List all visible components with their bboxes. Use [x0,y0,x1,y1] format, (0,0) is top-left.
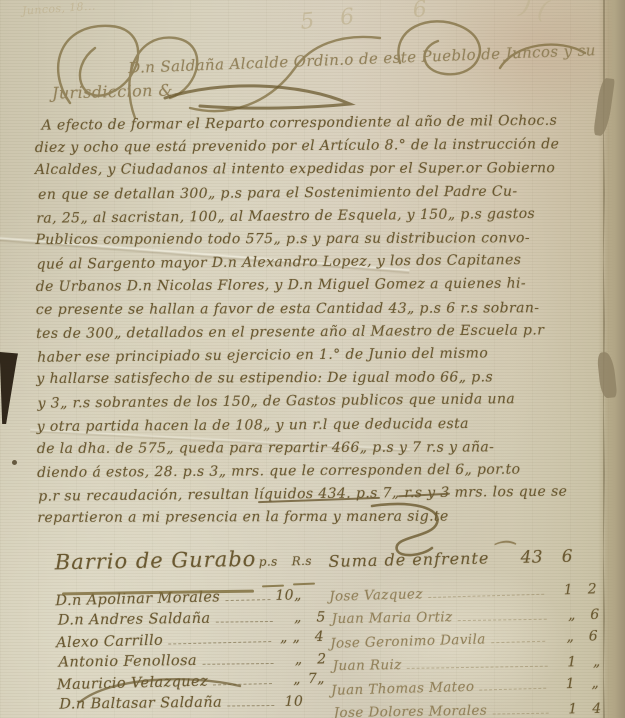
pesos-amount: „ [277,669,302,691]
dotted-leader [213,683,272,685]
payer-name: Juan Ruiz [332,653,401,678]
column-headers: p.s R.s [259,554,312,569]
reales-amount: „ [576,650,600,674]
suma-de-enfrente-table: Suma de enfrente ⁀ 43 6 Jose Vazquez12 J… [328,539,600,718]
dotted-leader [215,621,272,623]
pesos-amount: 1 [551,673,576,697]
dotted-leader [407,665,548,668]
payer-name: Jose Dolores Morales [333,699,487,718]
table-row: Jose Dolores Morales14 [333,697,601,718]
pesos-amount: „ [278,650,302,671]
body-line: Alcaldes, y Ciudadanos al intento expedi… [35,157,597,182]
reales-amount: 2 [302,649,326,670]
pesos-amount: „ [550,626,575,650]
body-paragraph: A efecto de formar el Reparto correspond… [35,110,600,532]
dotted-leader [428,594,544,598]
reales-amount: „ [575,672,600,696]
barrio-rows: D.n Apolinar Morales10„ D.n Andres Salda… [55,586,325,717]
payer-name: Antonio Fenollosa [58,651,197,674]
ink-dot [12,460,17,465]
payer-name: D.n Andres Saldaña [58,609,211,632]
pesos-column-header: p.s [259,554,278,568]
dotted-leader [202,663,274,665]
reales-amount: 4 [300,627,325,649]
payer-name: Jose Vazquez [329,583,423,609]
suma-rows: Jose Vazquez12 Juan Maria Ortiz„6 Jose G… [329,579,600,718]
body-line: de la dha. de 575„ queda para repartir 4… [37,436,599,461]
reales-amount: 5 [302,607,326,628]
barrio-de-gurabo-table: Barrio de Gurabo p.s R.s D.n Apolinar Mo… [55,546,326,717]
reales-amount: 7„ [301,669,326,691]
reales-amount: 6 [575,603,599,627]
reales-amount: 4 [577,697,601,718]
jurisdiction-subheading: Jurisdiccion &. [52,80,179,102]
pesos-amount: 1 [552,651,576,675]
sum-label: Suma de enfrente [328,548,489,570]
reales-amount: 6 [574,625,599,649]
reales-column-header: R.s [292,554,312,568]
pesos-amount: „ „ [276,627,301,649]
payer-name: Juan Thomas Mateo [331,676,475,703]
payer-name: Juan Maria Ortiz [332,606,453,631]
pesos-amount: „ [551,604,575,628]
dotted-leader [479,688,546,691]
body-line: de Urbanos D.n Nicolas Flores, y D.n Mig… [36,272,598,299]
body-line: y otra partida hacen la de 108„ y un r.l… [37,412,599,439]
table-row: D.n Baltasar Saldaña10 [59,691,327,715]
payer-name: D.n Baltasar Saldaña [59,693,222,716]
pesos-amount: 1 [549,579,574,603]
body-line: repartieron a mi presencia en la forma y… [37,505,599,530]
sum-pesos: 43 [513,547,543,568]
reales-amount [299,599,323,600]
dotted-leader [227,705,274,707]
reales-amount: 2 [573,578,598,602]
pesos-amount: 10„ [275,585,300,607]
dotted-leader [225,599,270,601]
pesos-amount: 10 [279,692,303,713]
dotted-leader [168,641,271,645]
sum-carried-forward-row: Suma de enfrente ⁀ 43 6 [328,539,597,573]
body-line: diez y ocho que está prevenido por el Ar… [35,133,597,160]
dotted-leader [491,641,545,644]
dotted-leader [458,618,547,620]
brace-flourish: ⁀ [491,541,511,569]
body-line: ce presente se hallan a favor de esta Ca… [36,297,598,322]
pesos-amount: 1 [553,698,577,718]
pesos-amount: „ [278,608,302,629]
dotted-leader [492,712,549,714]
sum-reales: 6 [543,547,573,568]
